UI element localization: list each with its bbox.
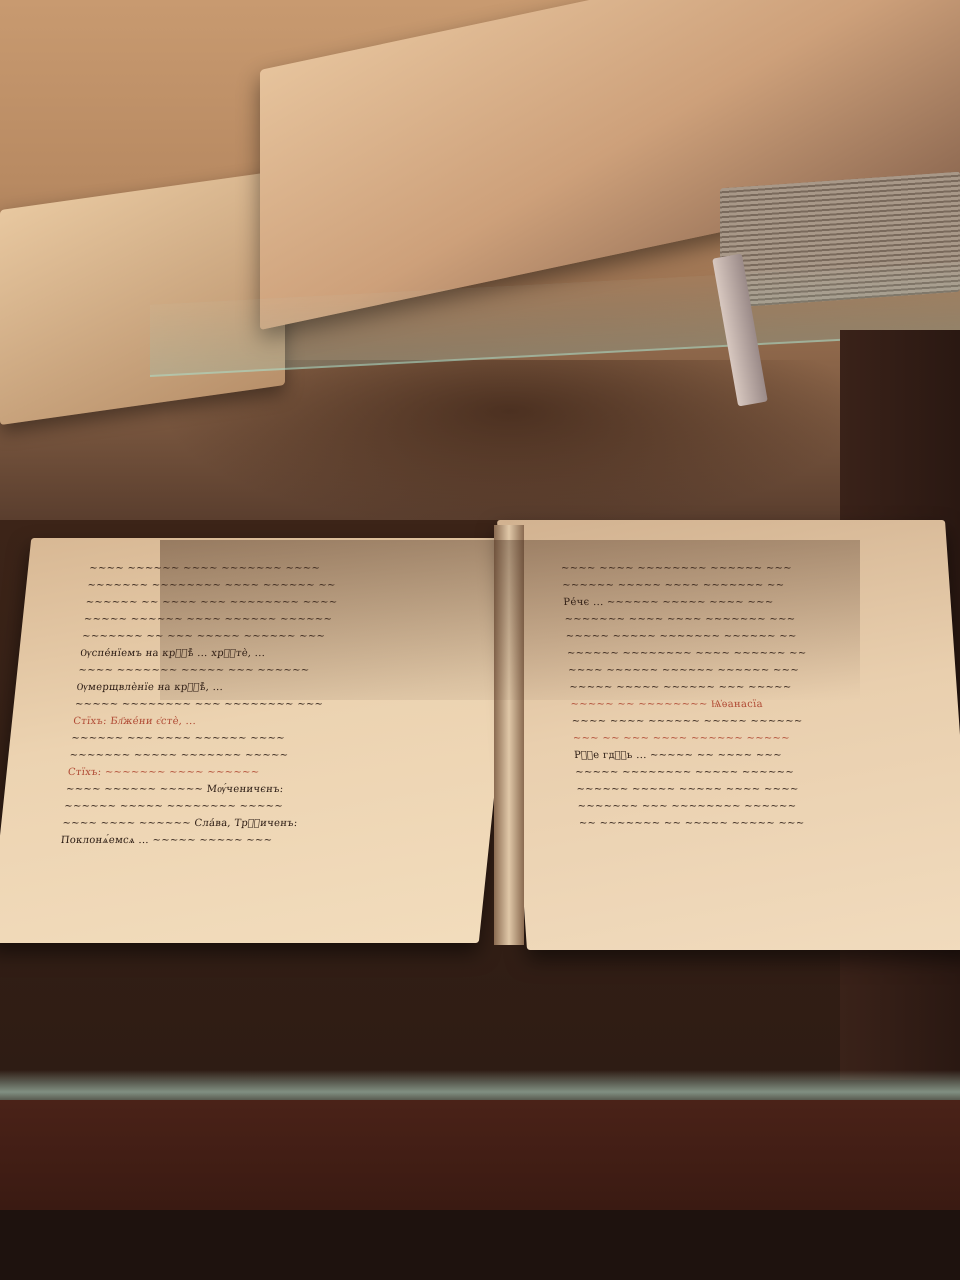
text-line: ~~~~~~~ ~~~ ~~~~~~~~ ~~~~~~ (577, 798, 938, 815)
text-line: ~~~~~~ ~~~~~ ~~~~~~~~ ~~~~~ (63, 798, 445, 815)
cabinet-front-rail (0, 1100, 960, 1210)
rubric-line: ~~~ ~~ ~~~ ~~~~ ~~~~~~ ~~~~~ (572, 730, 933, 747)
text-line: ~~~~~ ~~~~~~~~ ~~~~~ ~~~~~~ (575, 764, 936, 781)
text-line: Рⷱ҇е гдⷭ҇ь ... ~~~~~ ~~ ~~~~ ~~~ (574, 747, 935, 764)
text-line: ~~~~~~~ ~~~~~ ~~~~~~~ ~~~~~ (69, 747, 451, 764)
rubric-line: Стїхъ: ~~~~~~~ ~~~~ ~~~~~~ (67, 764, 449, 781)
text-line: ~~~~~~ ~~~~~ ~~~~~ ~~~~ ~~~~ (576, 781, 937, 798)
text-line: ~~~~~~ ~~~ ~~~~ ~~~~~~ ~~~~ (71, 730, 453, 747)
text-line: ~~~~ ~~~~ ~~~~~~ ~~~~~ ~~~~~~ (571, 713, 932, 730)
cabinet-base (0, 1210, 960, 1280)
text-line: ~~~~ ~~~~ ~~~~~~ Сла́ва, Трⷪ҇иченъ: (62, 815, 444, 832)
rubric-line: Стїхъ: Бл҃же́ни є҆стѐ, ... (72, 713, 454, 730)
shadow-on-pages (160, 540, 860, 700)
text-line: ~~~~ ~~~~~~ ~~~~~ Мѹ́ченичєнъ: (65, 781, 447, 798)
upper-shelf-book-left (0, 170, 285, 425)
text-line: ~~ ~~~~~~~ ~~ ~~~~~ ~~~~~ ~~~ (578, 815, 939, 832)
text-line: Поклонѧ́емсѧ ... ~~~~~ ~~~~~ ~~~ (60, 832, 442, 849)
